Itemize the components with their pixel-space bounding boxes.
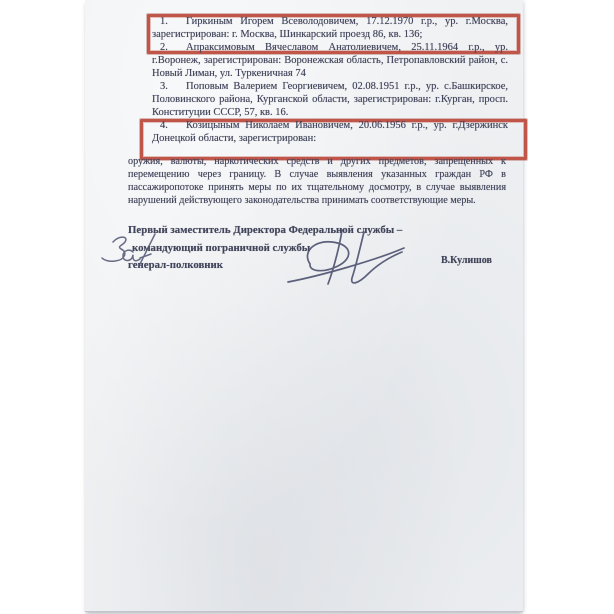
handwritten-signature <box>280 226 410 290</box>
list-item-2: 2.Апраксимовым Вячеславом Анатолиевичем,… <box>152 41 508 80</box>
item-3-number: 3. <box>160 80 186 93</box>
handwritten-za-mark <box>99 232 159 268</box>
scanned-document-screenshot: 1.Гиркиным Игорем Всеволодовичем, 17.12.… <box>0 0 614 614</box>
numbered-person-list: 1.Гиркиным Игорем Всеволодовичем, 17.12.… <box>152 15 508 145</box>
item-1-text: Гиркиным Игорем Всеволодовичем, 17.12.19… <box>152 16 508 40</box>
item-2-text: Апраксимовым Вячеславом Анатолиевичем, 2… <box>152 42 508 79</box>
item-3-text: Поповым Валерием Георгиевичем, 02.08.195… <box>152 81 508 118</box>
list-item-4: 4.Козицыным Николаем Ивановичем, 20.06.1… <box>152 119 508 145</box>
item-4-text: Козицыным Николаем Ивановичем, 20.06.195… <box>152 120 508 144</box>
item-2-number: 2. <box>160 41 186 54</box>
item-1-number: 1. <box>160 15 186 28</box>
item-4-number: 4. <box>160 119 186 132</box>
signer-name: В.Кулишов <box>441 255 492 266</box>
list-item-1: 1.Гиркиным Игорем Всеволодовичем, 17.12.… <box>152 15 508 41</box>
body-paragraph: оружия, валюты, наркотических средств и … <box>128 155 506 207</box>
document-page: 1.Гиркиным Игорем Всеволодовичем, 17.12.… <box>85 0 523 612</box>
list-item-3: 3.Поповым Валерием Георгиевичем, 02.08.1… <box>152 80 508 119</box>
